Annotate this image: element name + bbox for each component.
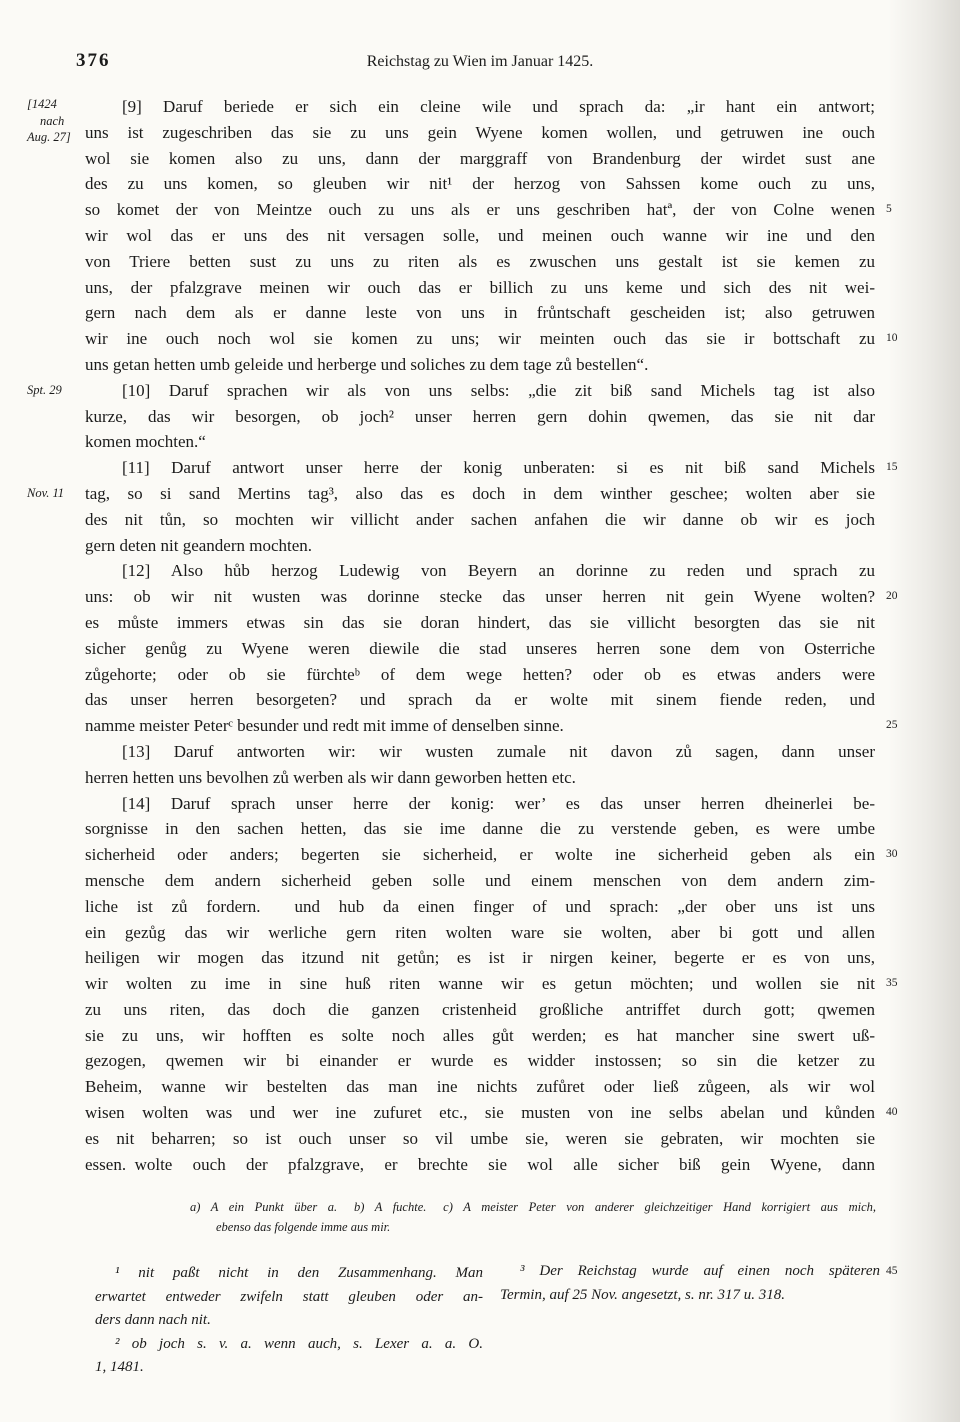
line-number: 5 bbox=[886, 197, 892, 223]
text-line: gern nach dem als er danne leste von uns… bbox=[85, 300, 875, 326]
text-line: [10] Daruf sprachen wir als von uns selb… bbox=[85, 378, 875, 404]
apparatus-line: a) A ein Punkt über a. b) A fuchte. c) A… bbox=[190, 1198, 876, 1218]
text-line: sorgnisse in den sachen hetten, das sie … bbox=[85, 816, 875, 842]
footnote-line: 1, 1481. bbox=[95, 1356, 483, 1380]
margin-date-line: nach bbox=[27, 113, 71, 130]
text-line: sicherheid oder anders; begerten sie sic… bbox=[85, 842, 875, 868]
footnote-line: ders dann nach nit. bbox=[95, 1309, 483, 1333]
text-line: uns: ob wir nit wusten was dorinne steck… bbox=[85, 584, 875, 610]
margin-date-note: [1424nachAug. 27] bbox=[27, 96, 71, 146]
line-number: 35 bbox=[886, 971, 898, 997]
text-line: des nit tůn, so mochten wir villicht and… bbox=[85, 507, 875, 533]
scanned-page: 376 Reichstag zu Wien im Januar 1425. [1… bbox=[0, 0, 960, 1422]
text-line: wir ine ouch noch wol sie komen zu uns; … bbox=[85, 326, 875, 352]
text-line: uns, der pfalzgrave meinen wir ouch das … bbox=[85, 275, 875, 301]
text-line: Beheim, wanne wir bestelten das man ine … bbox=[85, 1074, 875, 1100]
text-line: [13] Daruf antworten wir: wir wusten zum… bbox=[85, 739, 875, 765]
line-number: 40 bbox=[886, 1100, 898, 1126]
text-line: [11] Daruf antwort unser herre der konig… bbox=[85, 455, 875, 481]
footnote-line: Termin, auf 25 Nov. angesetzt, s. nr. 31… bbox=[500, 1284, 880, 1308]
text-line: mensche dem andern sicherheid geben soll… bbox=[85, 868, 875, 894]
text-line: [9] Daruf beriede er sich ein cleine wil… bbox=[85, 94, 875, 120]
text-line: tag, so si sand Mertins tag³, also das e… bbox=[85, 481, 875, 507]
text-line: von Triere betten sust zu uns zu riten a… bbox=[85, 249, 875, 275]
text-line: [14] Daruf sprach unser herre der konig:… bbox=[85, 791, 875, 817]
margin-date-line: Aug. 27] bbox=[27, 129, 71, 146]
text-line: so komet der von Meintze ouch zu uns als… bbox=[85, 197, 875, 223]
text-line: essen. wolte ouch der pfalzgrave, er bre… bbox=[85, 1152, 875, 1178]
text-line: es nit beharren; so ist ouch unser so vi… bbox=[85, 1126, 875, 1152]
footnote-line: ¹ nit paßt nicht in den Zusammenhang. Ma… bbox=[95, 1262, 483, 1286]
apparatus-line: ebenso das folgende imme aus mir. bbox=[190, 1218, 876, 1238]
text-line: wir wol das er uns des nit versagen soll… bbox=[85, 223, 875, 249]
text-line: kurze, das wir besorgen, ob joch² unser … bbox=[85, 404, 875, 430]
line-number: 45 bbox=[886, 1260, 898, 1284]
text-line: heiligen wir mogen das itzund nit getůn;… bbox=[85, 945, 875, 971]
margin-date-note: Spt. 29 bbox=[27, 378, 62, 404]
margin-date-line: [1424 bbox=[27, 96, 71, 113]
footnote-line: erwartet entweder zwifeln statt gleuben … bbox=[95, 1286, 483, 1310]
footnotes-right-column: ³ Der Reichstag wurde auf einen noch spä… bbox=[500, 1260, 880, 1307]
text-line: wol sie komen also zu uns, dann der marg… bbox=[85, 146, 875, 172]
line-number: 10 bbox=[886, 326, 898, 352]
text-line: gezogen, qwemen wir bi einander er wurde… bbox=[85, 1048, 875, 1074]
text-line: sie zu uns, wir hofften es solte noch al… bbox=[85, 1023, 875, 1049]
text-line: zůgehorte; oder ob sie fürchteᵇ of dem w… bbox=[85, 662, 875, 688]
text-line: komen mochten.“ bbox=[85, 429, 875, 455]
text-line: des zu uns komen, so gleuben wir nit¹ de… bbox=[85, 171, 875, 197]
text-line: liche ist zů fordern. und hub da einen f… bbox=[85, 894, 875, 920]
text-line: ein gezůg das wir werliche gern riten wo… bbox=[85, 920, 875, 946]
running-title: Reichstag zu Wien im Januar 1425. bbox=[0, 53, 960, 71]
text-line: sicher genůg zu Wyene weren diewile die … bbox=[85, 636, 875, 662]
text-line: wir wolten zu ime in sine huß riten wann… bbox=[85, 971, 875, 997]
line-number: 15 bbox=[886, 455, 898, 481]
scan-edge-shadow bbox=[888, 0, 960, 1422]
text-line: es můste immers etwas sin das sie doran … bbox=[85, 610, 875, 636]
line-number: 25 bbox=[886, 713, 898, 739]
text-line: uns ist zugeschriben das sie zu uns gein… bbox=[85, 120, 875, 146]
body-text: [9] Daruf beriede er sich ein cleine wil… bbox=[85, 94, 875, 1177]
apparatus-notes: a) A ein Punkt über a. b) A fuchte. c) A… bbox=[190, 1198, 876, 1237]
footnotes-left-column: ¹ nit paßt nicht in den Zusammenhang. Ma… bbox=[95, 1262, 483, 1380]
footnote-line: ² ob joch s. v. a. wenn auch, s. Lexer a… bbox=[95, 1333, 483, 1357]
margin-date-note: Nov. 11 bbox=[27, 481, 64, 507]
line-number: 20 bbox=[886, 584, 898, 610]
text-line: das unser herren besorgeten? und sprach … bbox=[85, 687, 875, 713]
text-line: wisen wolten was und wer ine zufuret etc… bbox=[85, 1100, 875, 1126]
text-line: namme meister Peterᶜ besunder und redt m… bbox=[85, 713, 875, 739]
footnote-line: ³ Der Reichstag wurde auf einen noch spä… bbox=[500, 1260, 880, 1284]
text-line: zu uns riten, das doch die ganzen criste… bbox=[85, 997, 875, 1023]
text-line: uns getan hetten umb geleide und herberg… bbox=[85, 352, 875, 378]
text-line: gern deten nit geandern mochten. bbox=[85, 533, 875, 559]
line-number: 30 bbox=[886, 842, 898, 868]
text-line: herren hetten uns bevolhen zů werben als… bbox=[85, 765, 875, 791]
text-line: [12] Also hůb herzog Ludewig von Beyern … bbox=[85, 558, 875, 584]
